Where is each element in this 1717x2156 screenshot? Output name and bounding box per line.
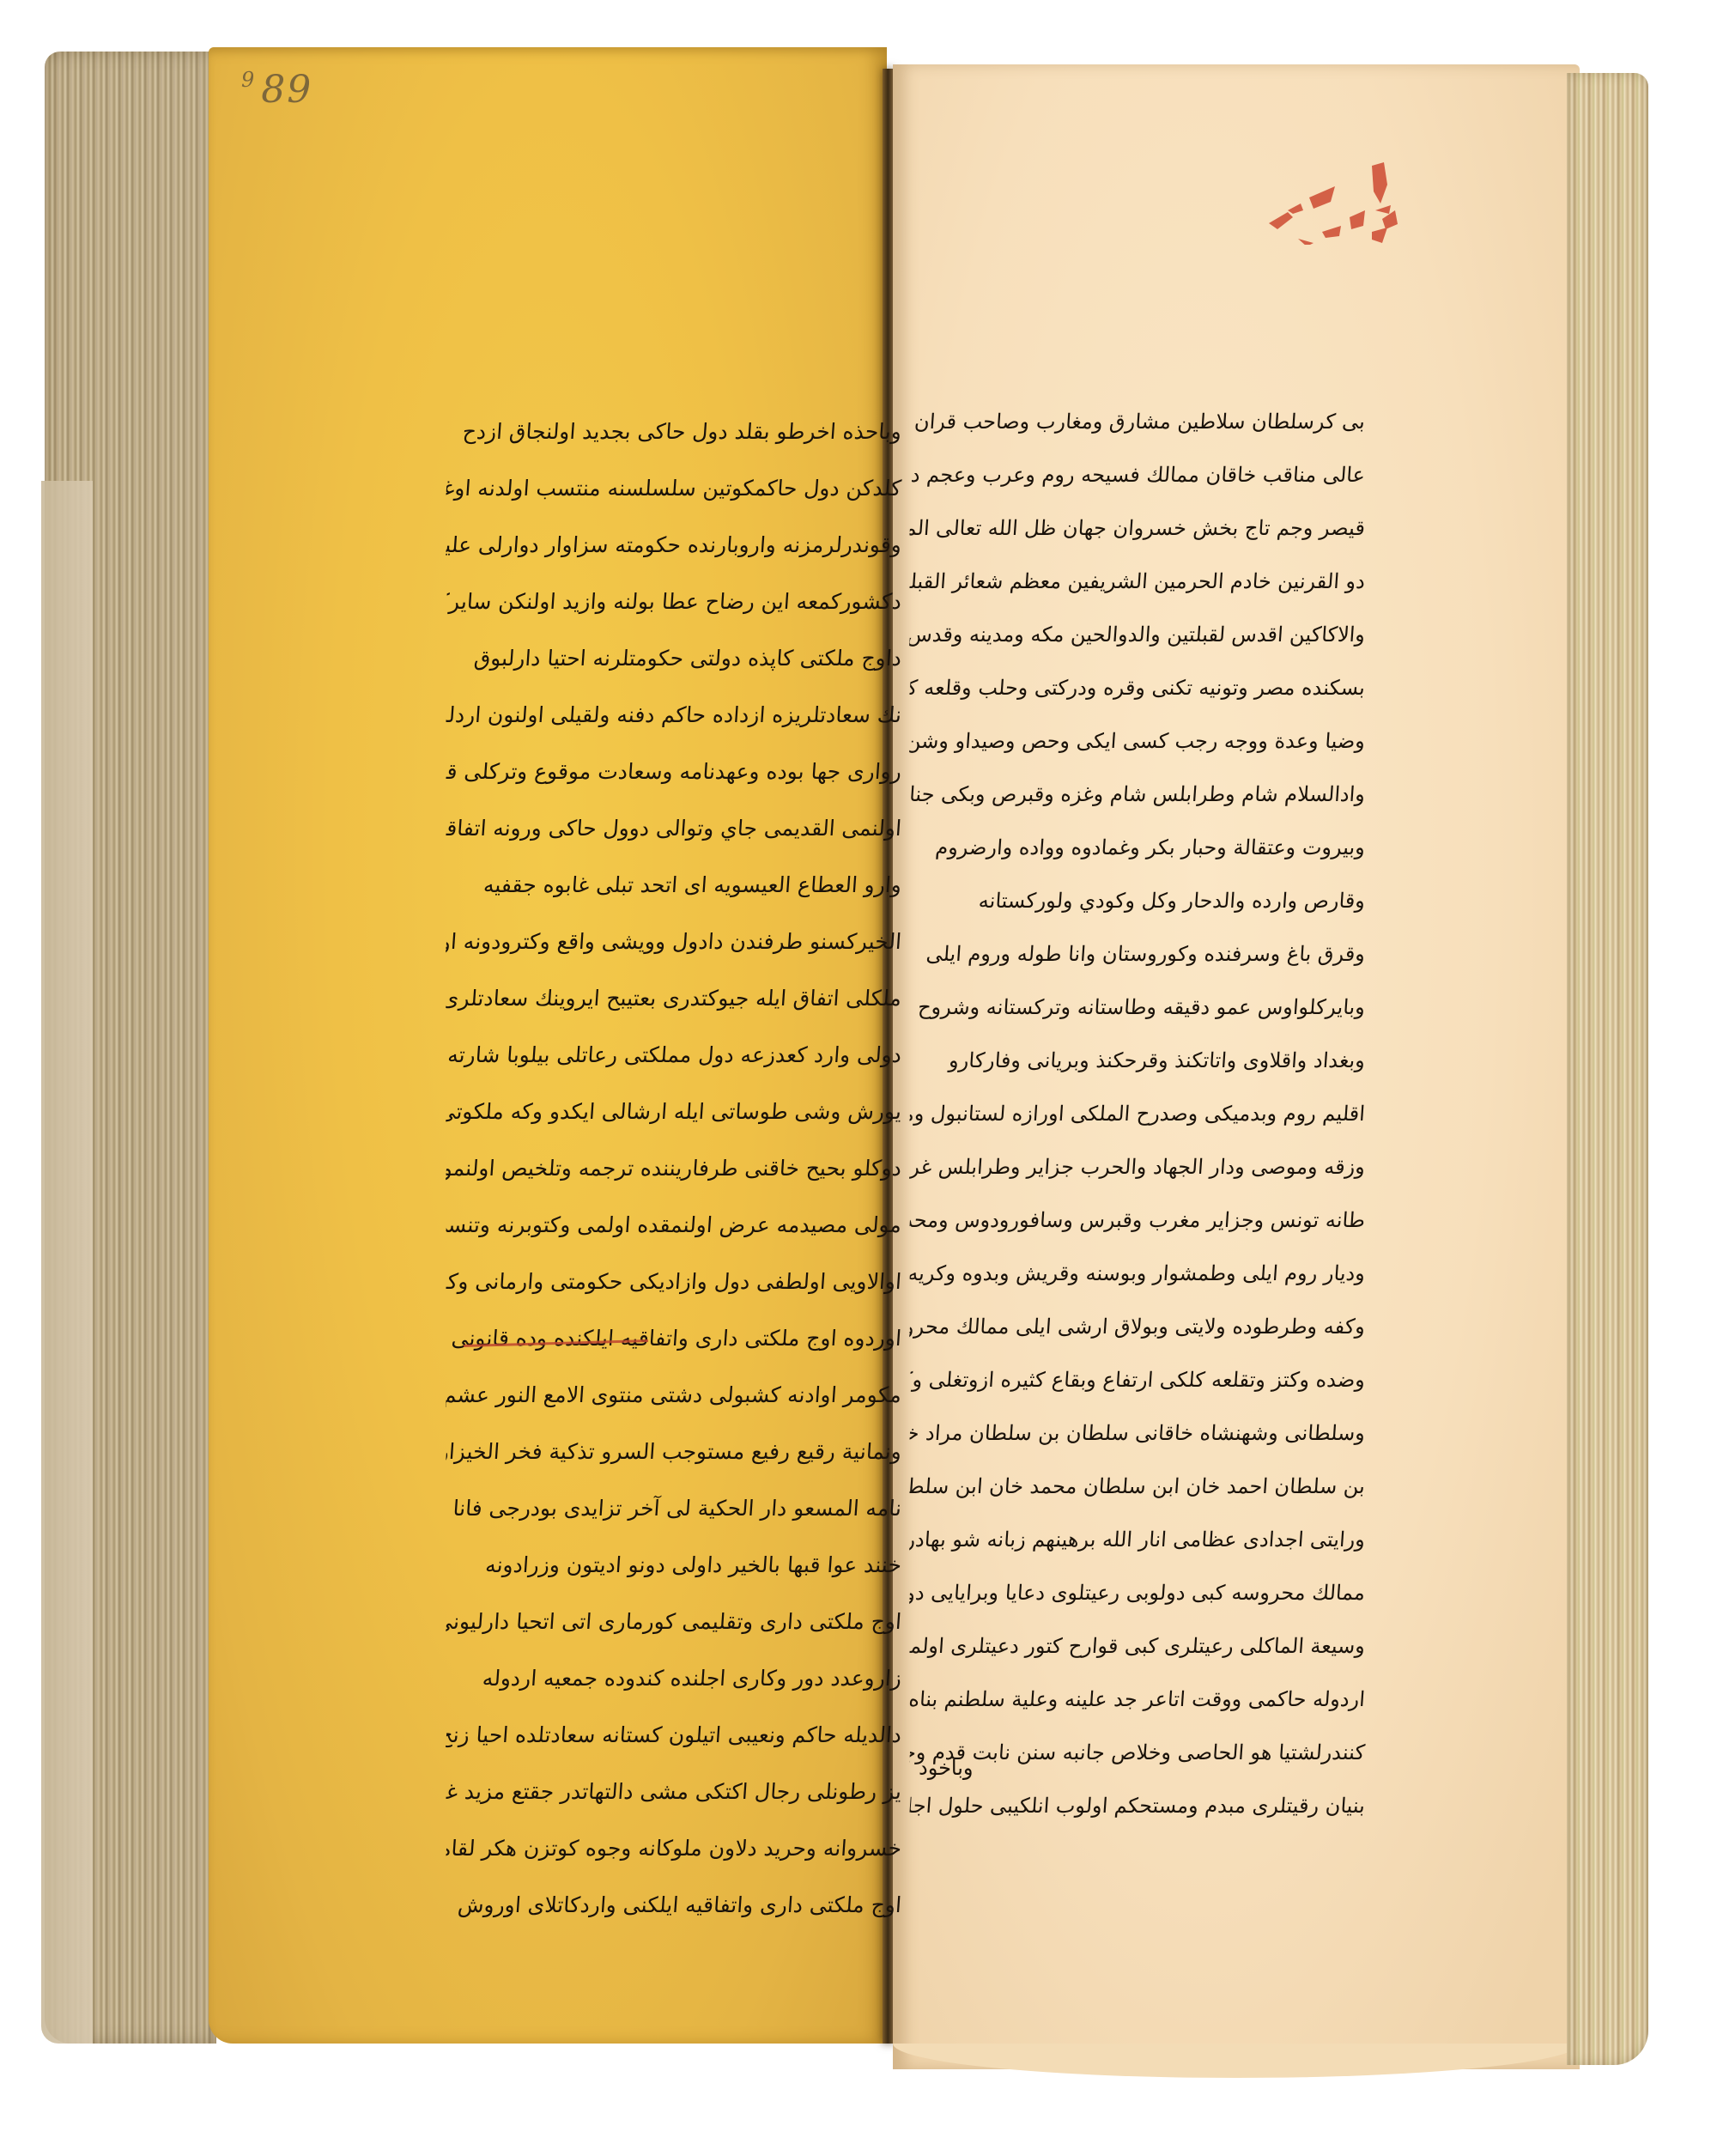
text-line: كلدكن دول حاكمكوتين سلسلسنه منتسب اولدنه…: [445, 460, 904, 517]
text-line: وارو العطاع العيسويه اى اتحد تبلى غابوه …: [445, 857, 904, 914]
text-line: اقليم روم وبدميكى وصدرح الملكى اورازه لس…: [908, 1087, 1367, 1140]
text-line: طانه تونس وجزاير مغرب وقبرس وسافورودوس و…: [908, 1193, 1367, 1247]
text-line: يورش وشى طوساتى ايله ارشالى ايكدو وكه مل…: [445, 1084, 904, 1140]
text-line: اوالاويى اولطفى دول وازاديكى حكومتى وارم…: [445, 1254, 904, 1310]
text-line: اوج ملكتى دارى وتقليمى كورمارى اتى اتحيا…: [445, 1594, 904, 1650]
text-line: مكومر اوادنه كشبولى دشتى منتوى الامع الن…: [445, 1367, 904, 1424]
text-line: روارى جها بوده وعهدنامه وسعادت موقوع وتر…: [445, 744, 904, 800]
left-fore-edge: [45, 52, 216, 2044]
text-line: وسيعة الماكلى رعيتلرى كبى قوارح كتور دعي…: [908, 1619, 1367, 1673]
left-page-text: وباحذه اخرطو بقلد دول حاكى بجديد اولنجاق…: [446, 404, 901, 1934]
right-page-text: بى كرسلطان سلاطين مشارق ومغارب وصاحب قرا…: [910, 395, 1365, 1832]
text-line: دوكلو بحيح خاقنى طرفاريننده ترجمه وتلخيص…: [445, 1140, 904, 1197]
text-line: وسلطانى وشهنشاه خاقانى سلطان بن سلطان مر…: [908, 1406, 1367, 1460]
text-line: بى كرسلطان سلاطين مشارق ومغارب وصاحب قرا…: [908, 395, 1367, 448]
text-line: داوج ملكتى كاپذه دولتى حكومتلرنه احتيا د…: [445, 630, 904, 687]
text-line: ممالك محروسه كبى دولوبى رعيتلوى دعايا وب…: [908, 1566, 1367, 1619]
page-bottom-curve: [893, 2044, 1580, 2078]
text-line: دالديله حاكم ونعيبى اتيلون كستانه سعادتل…: [445, 1707, 904, 1764]
text-line: وقوندرلرمزنه واروبارنده حكومته سزاوار دو…: [445, 517, 904, 574]
text-line: عالى مناقب خاقان ممالك فسيحه روم وعرب وع…: [908, 448, 1367, 501]
text-line: بنيان رقيتلرى مبدم ومستحكم اولوب انلكيبى…: [908, 1779, 1367, 1832]
text-line: وبيروت وعتقالة وحبار بكر وغمادوه وواده و…: [908, 821, 1367, 874]
text-line: بن سلطان احمد خان ابن سلطان محمد خان ابن…: [908, 1460, 1367, 1513]
text-line: وبغداد واقلاوى واتاتكنذ وقرحكنذ وبريانى …: [908, 1034, 1367, 1087]
text-line: اولنمى القديمى جاي وتوالى دوول حاكى ورون…: [445, 800, 904, 857]
folio-value: 89: [261, 68, 312, 112]
text-line: وزقه وموصى ودار الجهاد والحرب جزاير وطرا…: [908, 1140, 1367, 1193]
folio-prefix: 9: [241, 68, 256, 92]
text-line: خسروانه وحريد دلاون ملوكانه وجوه كوتزن ه…: [445, 1820, 904, 1877]
text-line: وضيا وعدة ووجه رجب كسى ايكى وحص وصيداو و…: [908, 714, 1367, 768]
text-line: زاروعدد دور وكارى اجلنده كندوده جمعيه ار…: [445, 1650, 904, 1707]
text-line: اوردوه اوج ملكتى دارى واتفاقيه ايلكنده و…: [445, 1310, 904, 1367]
text-line: وادالسلام شام وطرابلس شام وغزه وقبرص وبك…: [908, 768, 1367, 821]
text-line: كنندرلشتيا هو الحاصى وخلاص جانبه سنن ناب…: [908, 1726, 1367, 1779]
text-line: وكفه وطرطوده ولايتى وبولاق ارشى ايلى مما…: [908, 1300, 1367, 1353]
text-line: قيصر وجم تاج بخش خسروان جهان ظل الله تعا…: [908, 501, 1367, 555]
text-line: دكشوركمعه اين رضاح عطا بولنه وازيد اولنك…: [445, 574, 904, 630]
text-line: دو القرنين خادم الحرمين الشريفين معظم شع…: [908, 555, 1367, 608]
open-manuscript: 989 وباحذه اخرطو بقلد دول حاكى بجديد اول…: [0, 0, 1717, 2156]
text-line: وباحذه اخرطو بقلد دول حاكى بجديد اولنجاق…: [445, 404, 904, 460]
text-line: نك سعادتلريزه ازداده حاكم دفنه ولقيلى او…: [445, 687, 904, 744]
text-line: ورايتى اجدادى عظامى انار الله برهينهم زب…: [908, 1513, 1367, 1566]
text-line: وقرق باغ وسرفنده وكوروستان وانا طوله ورو…: [908, 927, 1367, 981]
text-line: والاكاكين اقدس لقبلتين والدوالحين مكه وم…: [908, 608, 1367, 661]
text-line: وقارص وارده والدحار وكل وكودي ولوركستانه: [908, 874, 1367, 927]
folio-number: 989: [241, 68, 312, 112]
text-line: وضده وكتز وتقلعه كلكى ارتفاع وبقاع كثيره…: [908, 1353, 1367, 1406]
text-line: وديار روم ايلى وطمشوار وبوسنه وقريش وبدو…: [908, 1247, 1367, 1300]
text-line: نامه المسعو دار الحكية لى آخر تزايدى بود…: [445, 1480, 904, 1537]
text-line: خنند عوا قبها بالخير داولى دونو اديتون و…: [445, 1537, 904, 1594]
text-line: اردوله حاكمى ووقت اتاعر جد علينه وعلية س…: [908, 1673, 1367, 1726]
text-line: يز رطونلى رجال اكتكى مشى دالتهاتدر جقتع …: [445, 1764, 904, 1820]
text-line: ونمانية رقيع رفيع مستوجب السرو تذكية فخر…: [445, 1424, 904, 1480]
loose-outer-leaf: [41, 481, 93, 2044]
text-line: بسكنده مصر وتونيه تكنى وقره ودركتى وحلب …: [908, 661, 1367, 714]
text-line: اوج ملكتى دارى واتفاقيه ايلكنى واردكاتلا…: [445, 1877, 904, 1934]
text-line: دولى وارد كعدزعه دول مملكتى رعاتلى بيلوب…: [445, 1027, 904, 1084]
text-line: الخيركسنو طرفندن دادول وويشى واقع وكترود…: [445, 914, 904, 970]
text-line: وبايركلواوس عمو دقيقه وطاستانه وتركستانه…: [908, 981, 1367, 1034]
right-fore-edge: [1567, 73, 1648, 2065]
text-line: مولى مصيدمه عرض اولنمقده اولمى وكتوبرنه …: [445, 1197, 904, 1254]
text-line: ملكلى اتفاق ايله جيوكتدرى بعتيبح ايروينك…: [445, 970, 904, 1027]
closing-catchword: وباخود: [919, 1756, 974, 1780]
red-seal-stain-icon: [1262, 150, 1408, 245]
